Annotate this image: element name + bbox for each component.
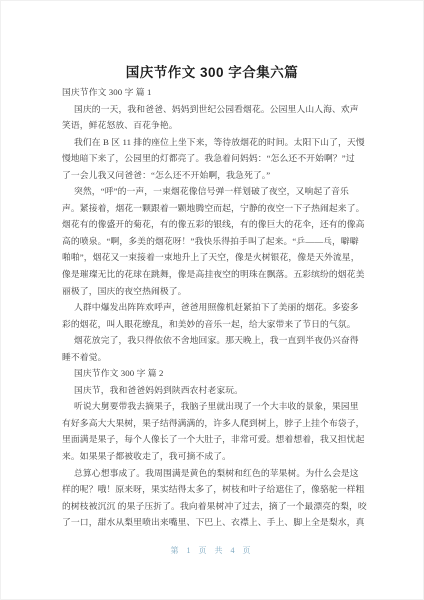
text-line: 彩的烟花，叫人眼花缭乱，和美妙的音乐一起，给大家带来了节日的气氛。 <box>62 316 362 333</box>
text-line: 丽极了，国庆的夜空热闹极了。 <box>62 283 362 300</box>
text-line: 样的呢？哦！原来呀，果实结得太多了，树枝和叶子给遮住了，像骆驼一样粗 <box>62 481 362 498</box>
text-line: 睡不着觉。 <box>62 349 362 366</box>
text-line: 里面满是果子，每个人像长了一个大肚子，非常可爱。想着想着，我又担忧起 <box>62 431 362 448</box>
text-line: 烟花放完了，我只得依依不舍地回家。那天晚上，我一直到半夜仍兴奋得 <box>62 332 362 349</box>
text-line: 慢地暗下来了，公园里的灯都亮了。我急着问妈妈：“怎么还不开始啊？”过 <box>62 150 362 167</box>
text-line: 像是璀璨无比的花球在跳舞，像是高挂夜空的明珠在飘落。五彩缤纷的烟花美 <box>62 266 362 283</box>
section-heading: 国庆节作文 300 字 篇 1 <box>62 84 362 101</box>
text-line: 我们在 B 区 11 排的座位上坐下来，等待放烟花的时间。太阳下山了，天慢 <box>62 134 362 151</box>
text-line: 来。如果果子都被收走了，我可摘不成了。 <box>62 448 362 465</box>
doc-title: 国庆节作文 300 字合集六篇 <box>0 61 424 81</box>
text-line: 笑语，鲜花怒放、百花争艳。 <box>62 117 362 134</box>
text-line: 啪啪”，烟花又一束接着一束地升上了天空，像是火树银花，像是天外流星， <box>62 249 362 266</box>
text-line: 总算心想事成了。我周围满是黄色的梨树和红色的苹果树。为什么会是这 <box>62 465 362 482</box>
text-line: 了一口，甜水从梨里喷出来嘴里、下巴上、衣襟上、手上、脚上全是梨水，真 <box>62 514 362 531</box>
text-line: 高的喷泉。“啊，多美的烟花呀！”我快乐得拍手叫了起来。“乒——乓，噼噼 <box>62 233 362 250</box>
text-line: 声。紧接着，烟花一颗跟着一颗地腾空而起，宁静的夜空一下子热闹起来了。 <box>62 200 362 217</box>
text-line: 了一会儿我又问爸爸：“怎么还不开始啊，我急死了。” <box>62 167 362 184</box>
text-line: 国庆节，我和爸爸妈妈到陕西农村老家玩。 <box>62 382 362 399</box>
text-line: 国庆的一天，我和爸爸、妈妈到世纪公园看烟花。公园里人山人海、欢声 <box>62 101 362 118</box>
text-line: 人群中爆发出阵阵欢呼声，爸爸用照像机赶紧拍下了美丽的烟花。多姿多 <box>62 299 362 316</box>
doc-body: 国庆节作文 300 字 篇 1国庆的一天，我和爸爸、妈妈到世纪公园看烟花。公园里… <box>62 84 362 531</box>
page-number-footer: 第 1 页 共 4 页 <box>0 545 424 556</box>
text-line: 有好多高大大果树，果子结得满满的，许多人爬到树上，脖子上挂个布袋子， <box>62 415 362 432</box>
text-line: 烟花有的像盛开的菊花，有的像五彩的银线，有的像巨大的花伞，还有的像高 <box>62 216 362 233</box>
text-line: 的树枝被沉沉 的果子压折了。我向着果树冲了过去，摘了一个最漂亮的梨，咬 <box>62 498 362 515</box>
text-line: 听说大舅要带我去摘果子，我脑子里就出现了一个大丰收的景象，果园里 <box>62 398 362 415</box>
text-line: 突然，“呼”的一声，一束烟花像信号弹一样划破了夜空，又响起了音乐 <box>62 183 362 200</box>
section-heading: 国庆节作文 300 字 篇 2 <box>62 365 362 382</box>
